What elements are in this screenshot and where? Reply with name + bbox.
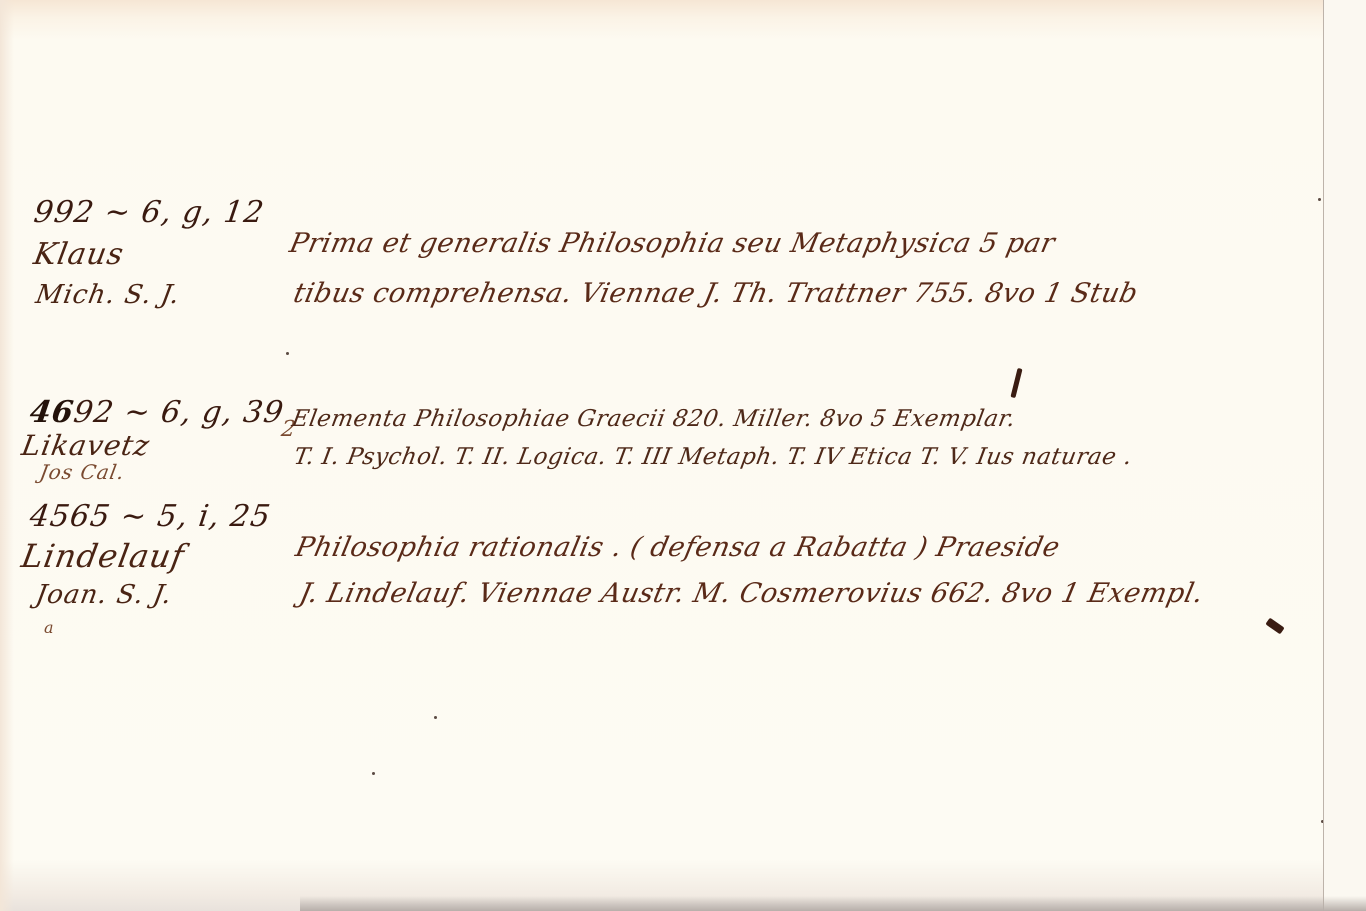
entry-1-title-line-1: Prima et generalis Philosophia seu Metap…: [287, 230, 1057, 257]
paper-speck: [286, 352, 289, 355]
call-number-text: 92 ~ 6, g, 39: [71, 395, 286, 430]
ink-stroke-mark: [1010, 368, 1022, 398]
entry-3-title-line-2: J. Lindelauf. Viennae Austr. M. Cosmerov…: [297, 580, 1206, 607]
ink-blot: [1265, 618, 1284, 635]
entry-3-title-line-1: Philosophia rationalis . ( defensa a Rab…: [293, 534, 1062, 561]
entry-3-author-forename: Joan. S. J.: [34, 582, 175, 608]
entry-1-call-number: 992 ~ 6, g, 12: [32, 198, 266, 228]
paper-speck: [434, 716, 437, 719]
entry-3-call-number: 4565 ~ 5, i, 25: [28, 502, 273, 532]
paper-speck: [372, 772, 375, 775]
struck-call-number-prefix: 46: [28, 395, 77, 430]
card-edge-shadow: [300, 896, 1366, 911]
entry-1-author-forename: Mich. S. J.: [34, 282, 182, 308]
catalog-card: 992 ~ 6, g, 12 Klaus Mich. S. J. Prima e…: [0, 0, 1366, 911]
entry-2-author-surname: Likavetz: [20, 432, 153, 460]
entry-3-author-surname: Lindelauf: [19, 540, 187, 572]
call-number-text: 992 ~ 6, g, 12: [32, 195, 267, 230]
entry-1-author-surname: Klaus: [31, 240, 126, 270]
card-margin-strip: [1323, 0, 1366, 911]
entry-1-title-line-2: tibus comprehensa. Viennae J. Th. Trattn…: [291, 280, 1140, 307]
entry-2-title-line-2: T. I. Psychol. T. II. Logica. T. III Met…: [292, 446, 1134, 469]
entry-2-title-line-1: Elementa Philosophiae Graecii 820. Mille…: [290, 408, 1017, 431]
stray-mark: a: [44, 620, 55, 636]
entry-2-author-forename: Jos Cal.: [38, 462, 126, 482]
paper-speck: [1318, 198, 1321, 201]
entry-2-call-number: 4692 ~ 6, g, 392: [28, 398, 301, 428]
